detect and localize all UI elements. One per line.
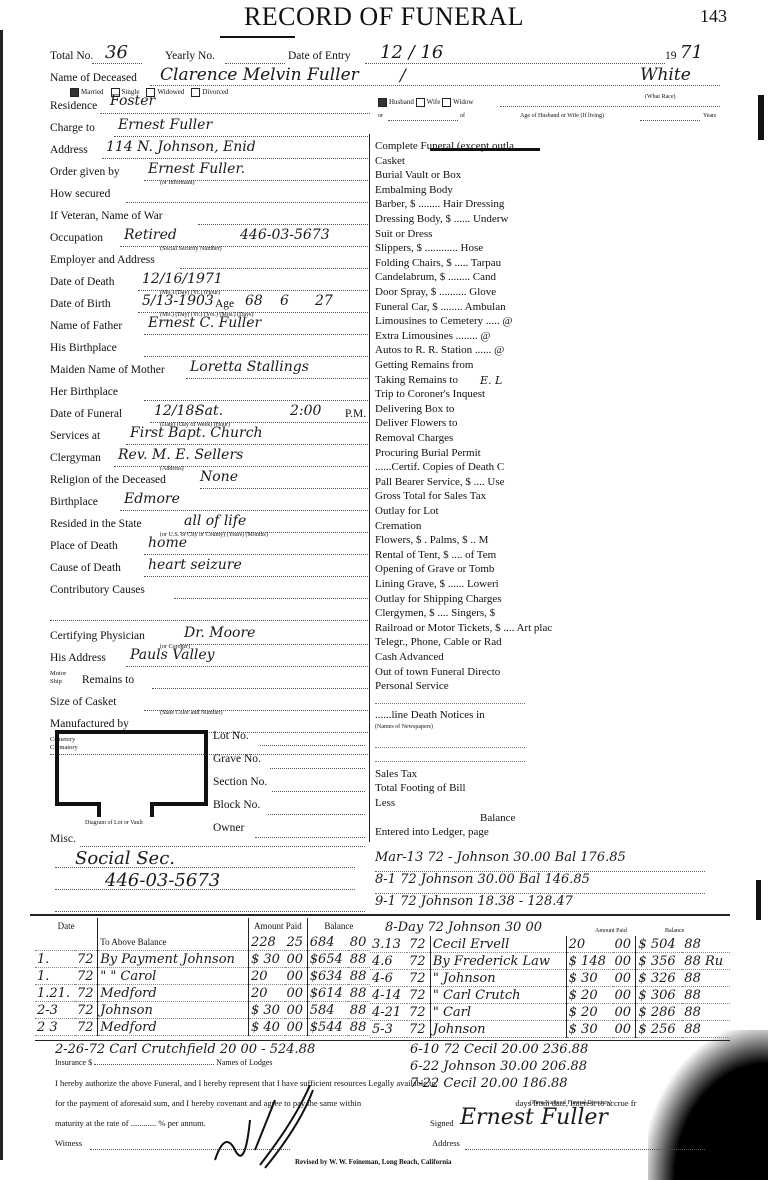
field-value: 5/13-1903 xyxy=(142,293,214,309)
ledger-cell-amt: $ 148 xyxy=(566,953,612,970)
spouse-or-label: or xyxy=(378,113,383,119)
ledger-cell-desc: Medford xyxy=(98,1019,249,1036)
page-title: RECORD OF FUNERAL xyxy=(0,2,768,32)
dotted-line xyxy=(500,105,720,107)
grave-no-label: Grave No. xyxy=(213,753,267,776)
ledger-cell-bc: 88 xyxy=(348,1019,370,1036)
ledger-cell-y: 72 xyxy=(75,985,98,1002)
ledger-row: 2-372Johnson$ 300058488 xyxy=(35,1002,370,1019)
widow-label: Widow xyxy=(453,98,473,106)
ledger-row: 1.72By Payment Johnson$ 3000$65488 xyxy=(35,951,370,968)
field-label: Address xyxy=(50,144,88,156)
scan-dark-corner xyxy=(648,1030,768,1180)
ledger-cell-amt: 20 xyxy=(248,968,284,985)
ledger-cell-bc: 88 xyxy=(348,951,370,968)
field-value: None xyxy=(200,469,238,485)
amount-header: Amount Paid xyxy=(248,918,307,934)
field-label: Charge to xyxy=(50,122,95,134)
dotted-line xyxy=(126,443,370,445)
charge-item: Cremation xyxy=(375,520,421,532)
field-row: Date of Funeral12/18-Sat.2:00P.M.(Date) … xyxy=(50,406,370,426)
field-value: home xyxy=(148,535,187,551)
charge-item: Folding Chairs, $ ..... Tarpau xyxy=(375,257,501,269)
dotted-line xyxy=(388,119,458,121)
ledger-cell-bal: $ 356 xyxy=(636,953,682,970)
ledger-cell-d: 5-3 xyxy=(370,1021,407,1038)
field-row: Order given byErnest Fuller.(or Informan… xyxy=(50,164,370,184)
field-label: Order given by xyxy=(50,166,120,178)
ledger-cell-d: 4.6 xyxy=(370,953,407,970)
field-label: Size of Casket xyxy=(50,696,116,708)
charge-item: Extra Limousines ........ @ xyxy=(375,330,491,342)
ledger-cell-y: 72 xyxy=(75,951,98,968)
charge-item: Gross Total for Sales Tax xyxy=(375,490,486,502)
field-row: Charge toErnest Fuller xyxy=(50,120,370,140)
ledger-cell-amt: $ 30 xyxy=(248,951,284,968)
field-row: ClergymanRev. M. E. Sellers(Address) xyxy=(50,450,370,470)
charge-item: Dressing Body, $ ...... Underw xyxy=(375,213,508,225)
dotted-line xyxy=(144,575,370,577)
title-underline xyxy=(220,36,295,38)
divorced-label: Divorced xyxy=(202,88,228,96)
ledger-row: 3.1372Cecil Ervell2000$ 50488 xyxy=(370,936,730,953)
married-checkbox[interactable] xyxy=(70,88,79,97)
ledger-cell-d: 2 3 xyxy=(35,1019,75,1036)
dotted-line xyxy=(260,744,365,746)
ledger-note: 8-1 72 Johnson 30.00 Bal 146.85 xyxy=(375,872,705,894)
scan-right-edge-2 xyxy=(756,880,761,920)
spouse-of-label: of xyxy=(460,113,465,119)
dotted-line xyxy=(102,157,370,159)
married-label: Married xyxy=(81,88,104,96)
ledger-cell-d: 3.13 xyxy=(370,936,407,953)
husband-checkbox[interactable] xyxy=(378,98,387,107)
authorization-line-3: maturity at the rate of ............ % p… xyxy=(55,1118,206,1128)
field-row: Services atFirst Bapt. Church xyxy=(50,428,370,448)
field-row: Contributory Causes xyxy=(50,582,370,602)
spouse-age-label: Age of Husband or Wife (If living) xyxy=(520,113,604,119)
ssn-value: 446-03-5673 xyxy=(240,227,330,243)
charge-item: Outlay for Lot xyxy=(375,505,439,517)
ledger-cell-bc: 88 xyxy=(682,936,730,953)
charge-item: Limousines to Cemetery ..... @ xyxy=(375,315,513,327)
witness-signature-scrawl xyxy=(205,1080,315,1170)
field-label: His Address xyxy=(50,652,106,664)
field-label: Her Birthplace xyxy=(50,386,118,398)
ledger-notes: Mar-13 72 - Johnson 30.00 Bal 176.85 8-1… xyxy=(375,850,705,916)
dotted-line xyxy=(200,487,370,489)
ledger-right-header-note: 8-Day 72 Johnson 30 00 xyxy=(385,920,542,935)
charges-column: Complete Funeral (except outlaCasketBuri… xyxy=(369,134,540,842)
field-label: Maiden Name of Mother xyxy=(50,364,165,376)
husband-label: Husband xyxy=(389,98,414,106)
dotted-line xyxy=(120,509,370,511)
charge-item: Entered into Ledger, page xyxy=(375,826,489,838)
ledger-cell-c: 25 xyxy=(285,934,308,951)
dotted-line xyxy=(120,245,370,247)
ledger-extra-row: 2-26-72 Carl Crutchfield 20 00 - 524.88 xyxy=(55,1042,315,1057)
charge-item: Slippers, $ ............ Hose xyxy=(375,242,483,254)
ledger-cell-c: 00 xyxy=(613,953,636,970)
ledger-row: 4.672By Frederick Law$ 14800$ 35688 Ru xyxy=(370,953,730,970)
ledger-cell-bc: 88 xyxy=(682,1021,730,1038)
field-row: Maiden Name of MotherLoretta Stallings xyxy=(50,362,370,382)
ledger-cell-d: 4-21 xyxy=(370,1004,407,1021)
residence-value: Foster xyxy=(110,93,155,109)
payment-ledger-right: 3.1372Cecil Ervell2000$ 504884.672By Fre… xyxy=(370,936,730,1038)
date-header: Date xyxy=(35,918,98,934)
ledger-cell-amt: $ 30 xyxy=(248,1002,284,1019)
field-value: Ernest Fuller. xyxy=(148,161,245,177)
payment-ledger-left: Date Amount Paid Balance To Above Balanc… xyxy=(35,918,370,1036)
dotted-line xyxy=(100,112,370,114)
ledger-cell-desc: Cecil Ervell xyxy=(430,936,566,953)
ledger-cell-bal: 684 xyxy=(307,934,348,951)
field-value: Retired xyxy=(124,227,177,243)
diagram-base xyxy=(55,802,101,806)
dotted-line xyxy=(225,62,285,64)
ledger-cell-amt: $ 30 xyxy=(566,970,612,987)
ledger-row: 5-372Johnson$ 3000$ 25688 xyxy=(370,1021,730,1038)
field-label: Religion of the Deceased xyxy=(50,474,166,486)
field-row: How secured xyxy=(50,186,370,206)
charge-item: Candelabrum, $ ........ Cand xyxy=(375,271,496,283)
field-label: Employer and Address xyxy=(50,254,155,266)
charge-item: Pall Bearer Service, $ .... Use xyxy=(375,476,505,488)
field-value: Edmore xyxy=(124,491,180,507)
balance-header: Balance xyxy=(307,918,370,934)
spouse-type: Husband Wife Widow xyxy=(378,98,473,107)
signature: Ernest Fuller xyxy=(460,1105,608,1130)
charge-item xyxy=(375,739,525,748)
name-of-deceased-value: Clarence Melvin Fuller xyxy=(160,65,359,85)
charge-item: Removal Charges xyxy=(375,432,453,444)
ledger-extra-row: 7-22 Cecil 20.00 186.88 xyxy=(410,1076,588,1093)
dotted-line xyxy=(180,643,370,645)
funeral-day: Sat. xyxy=(195,403,223,419)
dotted-line xyxy=(50,619,370,621)
ledger-cell-y: 72 xyxy=(407,953,430,970)
total-no-label: Total No. xyxy=(50,50,93,62)
field-row: His AddressPauls Valley xyxy=(50,650,370,670)
field-row: Address114 N. Johnson, Enid xyxy=(50,142,370,162)
ledger-cell-c: 00 xyxy=(613,987,636,1004)
ledger-row: 1.72" " Carol2000$63488 xyxy=(35,968,370,985)
ledger-cell-desc: Johnson xyxy=(98,1002,249,1019)
ledger-cell-amt: 228 xyxy=(248,934,284,951)
field-label: Contributory Causes xyxy=(50,584,145,596)
lot-no-label: Lot No. xyxy=(213,730,267,753)
field-row: If Veteran, Name of War xyxy=(50,208,370,228)
ledger-right-extra: 6-10 72 Cecil 20.00 236.88 6-22 Johnson … xyxy=(410,1042,588,1093)
slash-mark: / xyxy=(400,66,406,86)
charge-item: Opening of Grave or Tomb xyxy=(375,563,494,575)
ledger-top-rule xyxy=(30,914,730,916)
diagram-caption: Diagram of Lot or Vault xyxy=(85,820,143,826)
charge-item: Burial Vault or Box xyxy=(375,169,461,181)
charge-item: Autos to R. R. Station ...... @ xyxy=(375,344,504,356)
field-value: 12/18- xyxy=(154,403,199,419)
ledger-cell-c: 00 xyxy=(613,936,636,953)
dotted-line xyxy=(272,790,365,792)
ledger-cell-c: 00 xyxy=(613,1004,636,1021)
dotted-line xyxy=(126,201,370,203)
ledger-cell-bc: 88 xyxy=(348,968,370,985)
charge-item: Casket xyxy=(375,155,405,167)
ledger-cell-bc: 88 Ru xyxy=(682,953,730,970)
ledger-cell-c: 00 xyxy=(285,1002,308,1019)
field-value: heart seizure xyxy=(148,557,242,573)
ledger-cell-y: 72 xyxy=(75,1019,98,1036)
ledger-cell-desc: " Carl Crutch xyxy=(430,987,566,1004)
age-years: 68 xyxy=(245,293,263,309)
divorced-checkbox[interactable] xyxy=(191,88,200,97)
pm-label: P.M. xyxy=(345,408,366,420)
charge-item: Telegr., Phone, Cable or Rad xyxy=(375,636,502,648)
right-amount-header: Amount Paid xyxy=(595,928,627,934)
dotted-line xyxy=(55,866,355,868)
insurance-line: Insurance $ Names of Lodges xyxy=(55,1058,273,1067)
field-value: Pauls Valley xyxy=(130,647,215,663)
date-of-entry-value: 12 / 16 xyxy=(380,42,443,63)
field-label: Date of Death xyxy=(50,276,115,288)
lot-diagram xyxy=(55,730,208,806)
taking-remains-value: E. L xyxy=(480,374,502,387)
lodges-label: Names of Lodges xyxy=(216,1058,272,1067)
witness-label: Witness xyxy=(55,1138,82,1148)
charge-item: Barber, $ ........ Hair Dressing xyxy=(375,198,504,210)
field-row: Resided in the Stateall of life(or U.S. … xyxy=(50,516,370,536)
ledger-cell-bc: 88 xyxy=(348,1002,370,1019)
ledger-cell-d: 1. xyxy=(35,968,75,985)
charge-item: Embalming Body xyxy=(375,184,453,196)
ledger-cell-y: 72 xyxy=(407,987,430,1004)
age-days: 27 xyxy=(315,293,333,309)
field-row: Cause of Deathheart seizure xyxy=(50,560,370,580)
dotted-line xyxy=(144,399,370,401)
address-label: Address xyxy=(432,1138,460,1148)
field-row: Religion of the DeceasedNone xyxy=(50,472,370,492)
ledger-row: 4-672" Johnson$ 3000$ 32688 xyxy=(370,970,730,987)
ledger-cell-amt: 20 xyxy=(248,985,284,1002)
residence-label: Residence xyxy=(50,100,97,112)
section-no-label: Section No. xyxy=(213,776,267,799)
field-label: Clergyman xyxy=(50,452,101,464)
ledger-cell-d: 1.21. xyxy=(35,985,75,1002)
spouse-years-label: Years xyxy=(703,113,716,119)
charge-item: Railroad or Motor Tickets, $ .... Art pl… xyxy=(375,622,552,634)
field-row xyxy=(50,604,370,624)
ledger-cell-desc: " Carl xyxy=(430,1004,566,1021)
ledger-note: 9-1 72 Johnson 18.38 - 128.47 xyxy=(375,894,705,916)
ledger-cell-c: 00 xyxy=(285,968,308,985)
age-months: 6 xyxy=(280,293,289,309)
dotted-line xyxy=(186,377,370,379)
ledger-cell-amt: $ 30 xyxy=(566,1021,612,1038)
ledger-cell-bal: $ 306 xyxy=(636,987,682,1004)
charge-item xyxy=(375,753,525,762)
field-row: Place of Deathhome xyxy=(50,538,370,558)
scan-right-edge xyxy=(758,95,764,140)
dotted-line xyxy=(198,223,370,225)
charge-item: Less xyxy=(375,797,395,809)
ledger-cell-bal: $ 504 xyxy=(636,936,682,953)
field-value: Rev. M. E. Sellers xyxy=(118,447,243,463)
dotted-line xyxy=(94,1064,214,1065)
ledger-note: Mar-13 72 - Johnson 30.00 Bal 176.85 xyxy=(375,850,705,872)
ledger-cell-amt: $ 20 xyxy=(566,1004,612,1021)
dotted-line xyxy=(126,665,370,667)
dotted-line xyxy=(144,333,370,335)
charge-item: Personal Service xyxy=(375,680,449,692)
field-value: Dr. Moore xyxy=(184,625,255,641)
ledger-cell-c: 00 xyxy=(613,1021,636,1038)
field-value: First Bapt. Church xyxy=(130,425,263,441)
desc-header xyxy=(98,918,249,934)
dotted-line xyxy=(152,687,370,689)
dotted-line xyxy=(55,888,355,890)
ledger-row: 4-2172" Carl$ 2000$ 28688 xyxy=(370,1004,730,1021)
ledger-cell-d: 4-6 xyxy=(370,970,407,987)
owner-label: Owner xyxy=(213,822,267,845)
right-balance-header: Balance xyxy=(665,928,684,934)
widow-checkbox[interactable] xyxy=(442,98,451,107)
charge-item: Taking Remains to xyxy=(375,374,458,386)
dotted-line xyxy=(144,553,370,555)
field-prefix: MotorShip xyxy=(50,670,66,686)
ledger-cell-y: 72 xyxy=(407,970,430,987)
block-no-label: Block No. xyxy=(213,799,267,822)
revised-by: Revised by W. W. Feineman, Long Beach, C… xyxy=(295,1158,452,1166)
ledger-cell-c: 00 xyxy=(285,1019,308,1036)
field-label: Date of Funeral xyxy=(50,408,122,420)
field-row: OccupationRetired446-03-5673(Social Secu… xyxy=(50,230,370,250)
yearly-no-label: Yearly No. xyxy=(165,50,215,62)
field-row: Date of Birth5/13-1903Age68627(Mo.) (Day… xyxy=(50,296,370,316)
dotted-line xyxy=(55,910,365,912)
name-of-deceased-label: Name of Deceased xyxy=(50,72,137,84)
wife-label: Wife xyxy=(427,98,441,106)
charge-item: Rental of Tent, $ .... of Tem xyxy=(375,549,496,561)
ledger-cell-desc: " Johnson xyxy=(430,970,566,987)
field-label: Date of Birth xyxy=(50,298,111,310)
ledger-row: 2 372Medford$ 4000$54488 xyxy=(35,1019,370,1036)
field-row: MotorShipRemains to xyxy=(50,672,370,692)
field-row: His Birthplace xyxy=(50,340,370,360)
charge-item: Flowers, $ . Palms, $ .. M xyxy=(375,534,488,546)
charge-item: Funeral Car, $ ........ Ambulan xyxy=(375,301,506,313)
ledger-cell-desc: By Frederick Law xyxy=(430,953,566,970)
dotted-line xyxy=(255,836,365,838)
ledger-cell-y: 72 xyxy=(75,968,98,985)
ledger-cell-bc: 88 xyxy=(682,1004,730,1021)
ledger-cell-bal: $ 286 xyxy=(636,1004,682,1021)
charge-item xyxy=(375,695,525,704)
field-label: Name of Father xyxy=(50,320,122,332)
ledger-bottom-rule xyxy=(370,1040,730,1041)
field-row: Certifying PhysicianDr. Moore(or Coroner… xyxy=(50,628,370,648)
dotted-line xyxy=(270,767,365,769)
ledger-cell-bal: $544 xyxy=(307,1019,348,1036)
field-label: Occupation xyxy=(50,232,103,244)
charge-item: ......line Death Notices in xyxy=(375,709,485,721)
charge-item: Balance xyxy=(480,812,515,824)
ledger-bottom-rule xyxy=(35,1040,370,1041)
ledger-cell-c: 00 xyxy=(285,985,308,1002)
dotted-line xyxy=(465,1148,705,1150)
charge-item: (Names of Newspapers) xyxy=(375,724,433,730)
diagram-base xyxy=(150,802,204,806)
dotted-line xyxy=(174,597,370,599)
charge-item: Clergymen, $ .... Singers, $ xyxy=(375,607,495,619)
ledger-cell-amt: $ 20 xyxy=(566,987,612,1004)
field-value: Loretta Stallings xyxy=(190,359,309,375)
field-row: Employer and Address xyxy=(50,252,370,272)
ledger-cell-desc: By Payment Johnson xyxy=(98,951,249,968)
charge-item: ......Certif. Copies of Death C xyxy=(375,461,504,473)
race-caption: (What Race) xyxy=(645,94,675,100)
field-value: all of life xyxy=(184,513,246,529)
misc-label: Misc. xyxy=(50,833,76,845)
field-row: BirthplaceEdmore xyxy=(50,494,370,514)
ledger-cell-bal: $654 xyxy=(307,951,348,968)
dotted-line xyxy=(640,119,700,121)
ledger-cell-c: 00 xyxy=(285,951,308,968)
year-prefix: 19 xyxy=(665,50,677,62)
dotted-line xyxy=(114,135,370,137)
field-row: Name of FatherErnest C. Fuller xyxy=(50,318,370,338)
charge-item: Door Spray, $ .......... Glove xyxy=(375,286,496,298)
charge-item: Cash Advanced xyxy=(375,651,444,663)
ledger-row: 4-1472" Carl Crutch$ 2000$ 30688 xyxy=(370,987,730,1004)
ledger-cell-d: 1. xyxy=(35,951,75,968)
ledger-cell-bal: $ 326 xyxy=(636,970,682,987)
ledger-cell-bal: $634 xyxy=(307,968,348,985)
charge-item: Total Footing of Bill xyxy=(375,782,466,794)
ledger-cell-amt: 20 xyxy=(566,936,612,953)
ledger-cell-d xyxy=(35,934,75,951)
field-label: His Birthplace xyxy=(50,342,117,354)
field-label: Birthplace xyxy=(50,496,98,508)
insurance-label: Insurance $ xyxy=(55,1058,92,1067)
field-label: Remains to xyxy=(82,674,134,686)
ledger-extra-row: 6-10 72 Cecil 20.00 236.88 xyxy=(410,1042,588,1059)
field-row: Size of Casket(State Color and Number) xyxy=(50,694,370,714)
ledger-cell-bc: 88 xyxy=(348,985,370,1002)
field-row: Her Birthplace xyxy=(50,384,370,404)
field-label: If Veteran, Name of War xyxy=(50,210,163,222)
year-suffix: 71 xyxy=(680,42,703,63)
ledger-cell-y: 72 xyxy=(407,1004,430,1021)
field-value: 114 N. Johnson, Enid xyxy=(106,139,256,155)
ledger-cell-y: 72 xyxy=(407,936,430,953)
wife-checkbox[interactable] xyxy=(416,98,425,107)
ledger-cell-bal: 584 xyxy=(307,1002,348,1019)
field-value: 12/16/1971 xyxy=(142,271,223,287)
widowed-label: Widowed xyxy=(157,88,184,96)
field-label: Place of Death xyxy=(50,540,118,552)
ledger-cell-desc: To Above Balance xyxy=(98,934,249,951)
ledger-cell-d: 2-3 xyxy=(35,1002,75,1019)
ledger-cell-desc: Medford xyxy=(98,985,249,1002)
charge-item: Suit or Dress xyxy=(375,228,432,240)
ledger-cell-y: 72 xyxy=(75,1002,98,1019)
charge-item: Lining Grave, $ ...... Loweri xyxy=(375,578,499,590)
charge-item: Procuring Burial Permit xyxy=(375,447,481,459)
charge-item: Sales Tax xyxy=(375,768,417,780)
dotted-line xyxy=(114,465,370,467)
field-label: How secured xyxy=(50,188,110,200)
